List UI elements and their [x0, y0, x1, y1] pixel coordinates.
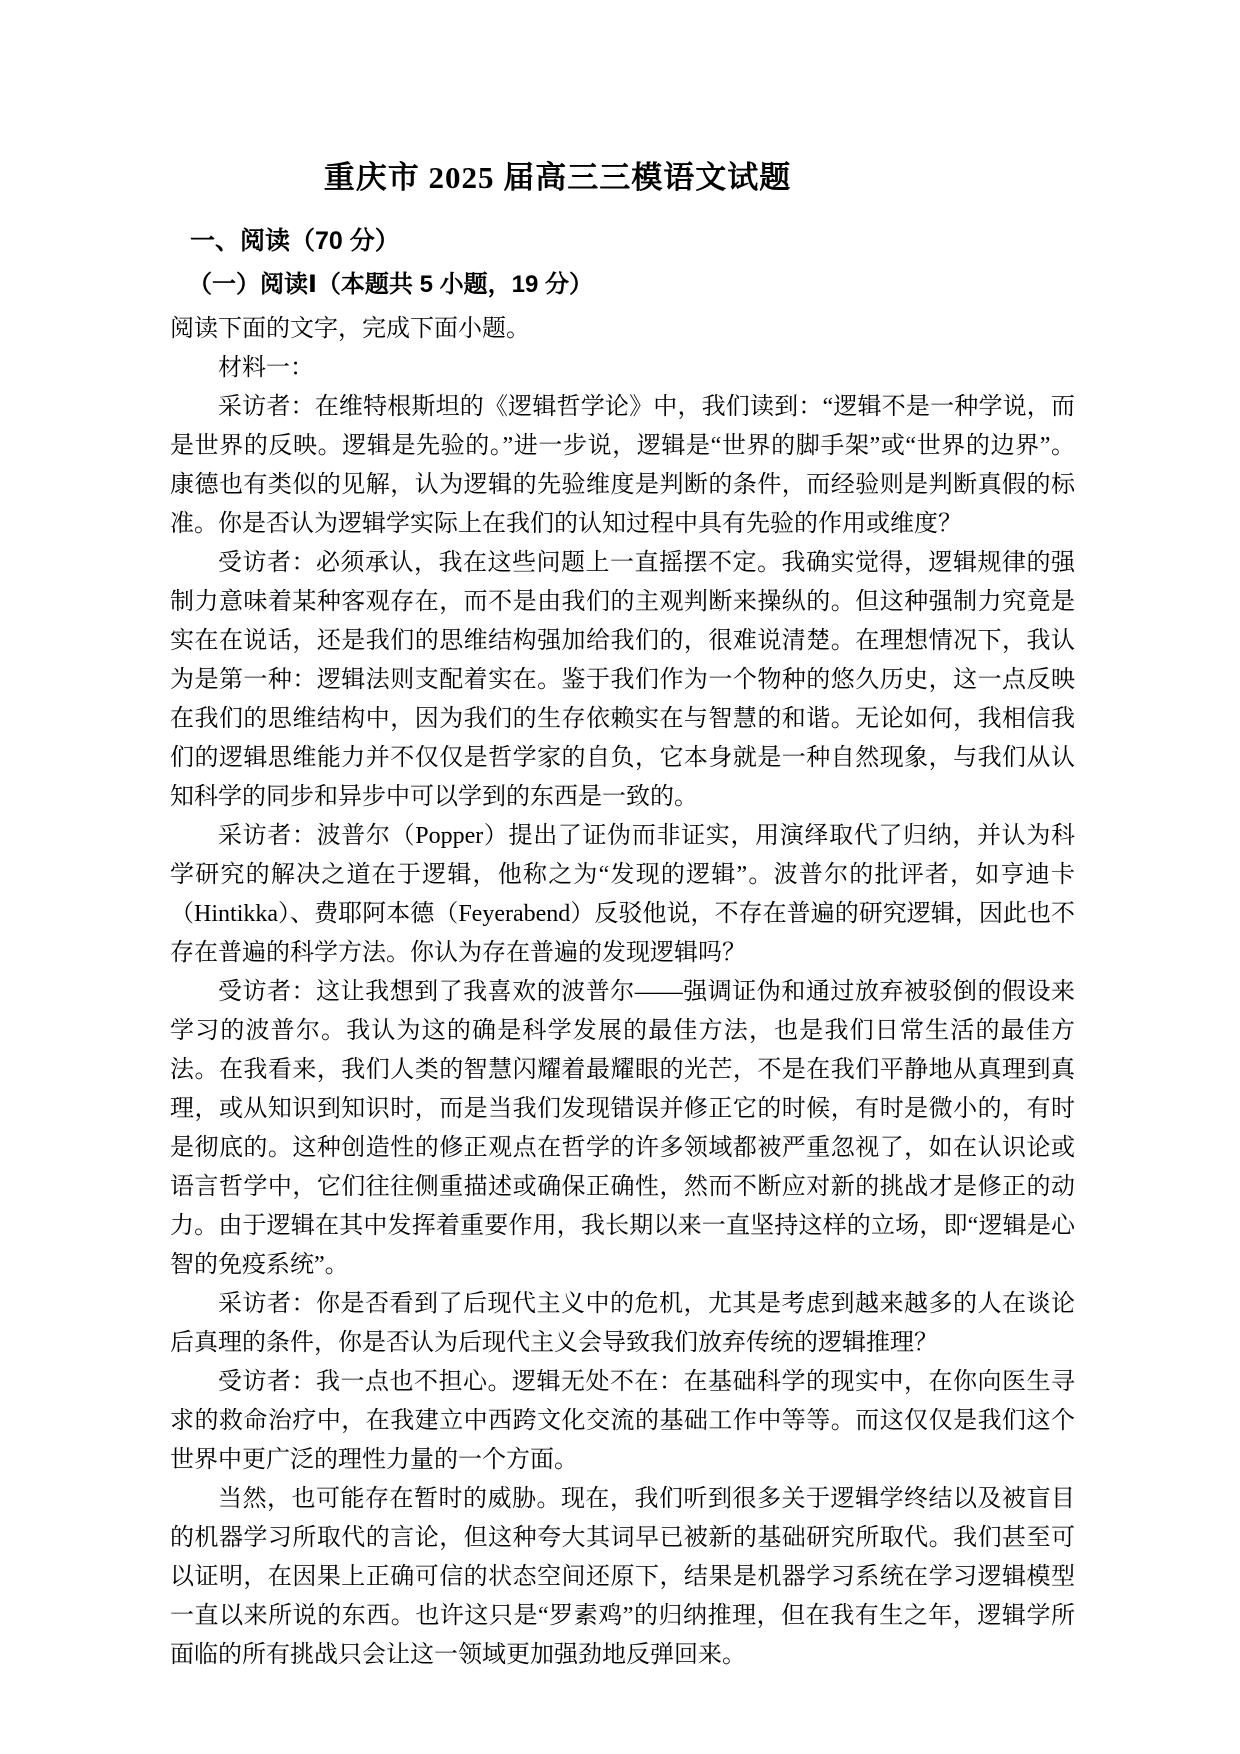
passage-paragraph-2: 受访者：必须承认，我在这些问题上一直摇摆不定。我确实觉得，逻辑规律的强制力意味着…	[170, 544, 1075, 817]
passage-paragraph-5: 采访者：你是否看到了后现代主义中的危机，尤其是考虑到越来越多的人在谈论后真理的条…	[170, 1285, 1075, 1363]
passage-paragraph-4: 受访者：这让我想到了我喜欢的波普尔——强调证伪和通过放弃被驳倒的假设来学习的波普…	[170, 973, 1075, 1285]
exam-document-page: 重庆市 2025 届高三三模语文试题 一、阅读（70 分） （一）阅读Ⅰ（本题共…	[0, 0, 1240, 1754]
passage-body: 阅读下面的文字，完成下面小题。 材料一： 采访者：在维特根斯坦的《逻辑哲学论》中…	[170, 310, 1075, 1675]
passage-paragraph-6: 受访者：我一点也不担心。逻辑无处不在：在基础科学的现实中，在你向医生寻求的救命治…	[170, 1363, 1075, 1480]
passage-paragraph-1: 采访者：在维特根斯坦的《逻辑哲学论》中，我们读到：“逻辑不是一种学说，而是世界的…	[170, 388, 1075, 544]
passage-paragraph-3: 采访者：波普尔（Popper）提出了证伪而非证实，用演绎取代了归纳，并认为科学研…	[170, 817, 1075, 973]
page-title: 重庆市 2025 届高三三模语文试题	[170, 158, 945, 198]
document-content: 重庆市 2025 届高三三模语文试题 一、阅读（70 分） （一）阅读Ⅰ（本题共…	[170, 150, 1075, 1675]
subsection-heading-reading-1: （一）阅读Ⅰ（本题共 5 小题，19 分）	[170, 268, 1075, 302]
material-label: 材料一：	[170, 349, 1075, 388]
instruction-text: 阅读下面的文字，完成下面小题。	[170, 310, 1075, 349]
passage-paragraph-7: 当然，也可能存在暂时的威胁。现在，我们听到很多关于逻辑学终结以及被盲目的机器学习…	[170, 1480, 1075, 1675]
section-heading-reading: 一、阅读（70 分）	[170, 224, 1075, 258]
